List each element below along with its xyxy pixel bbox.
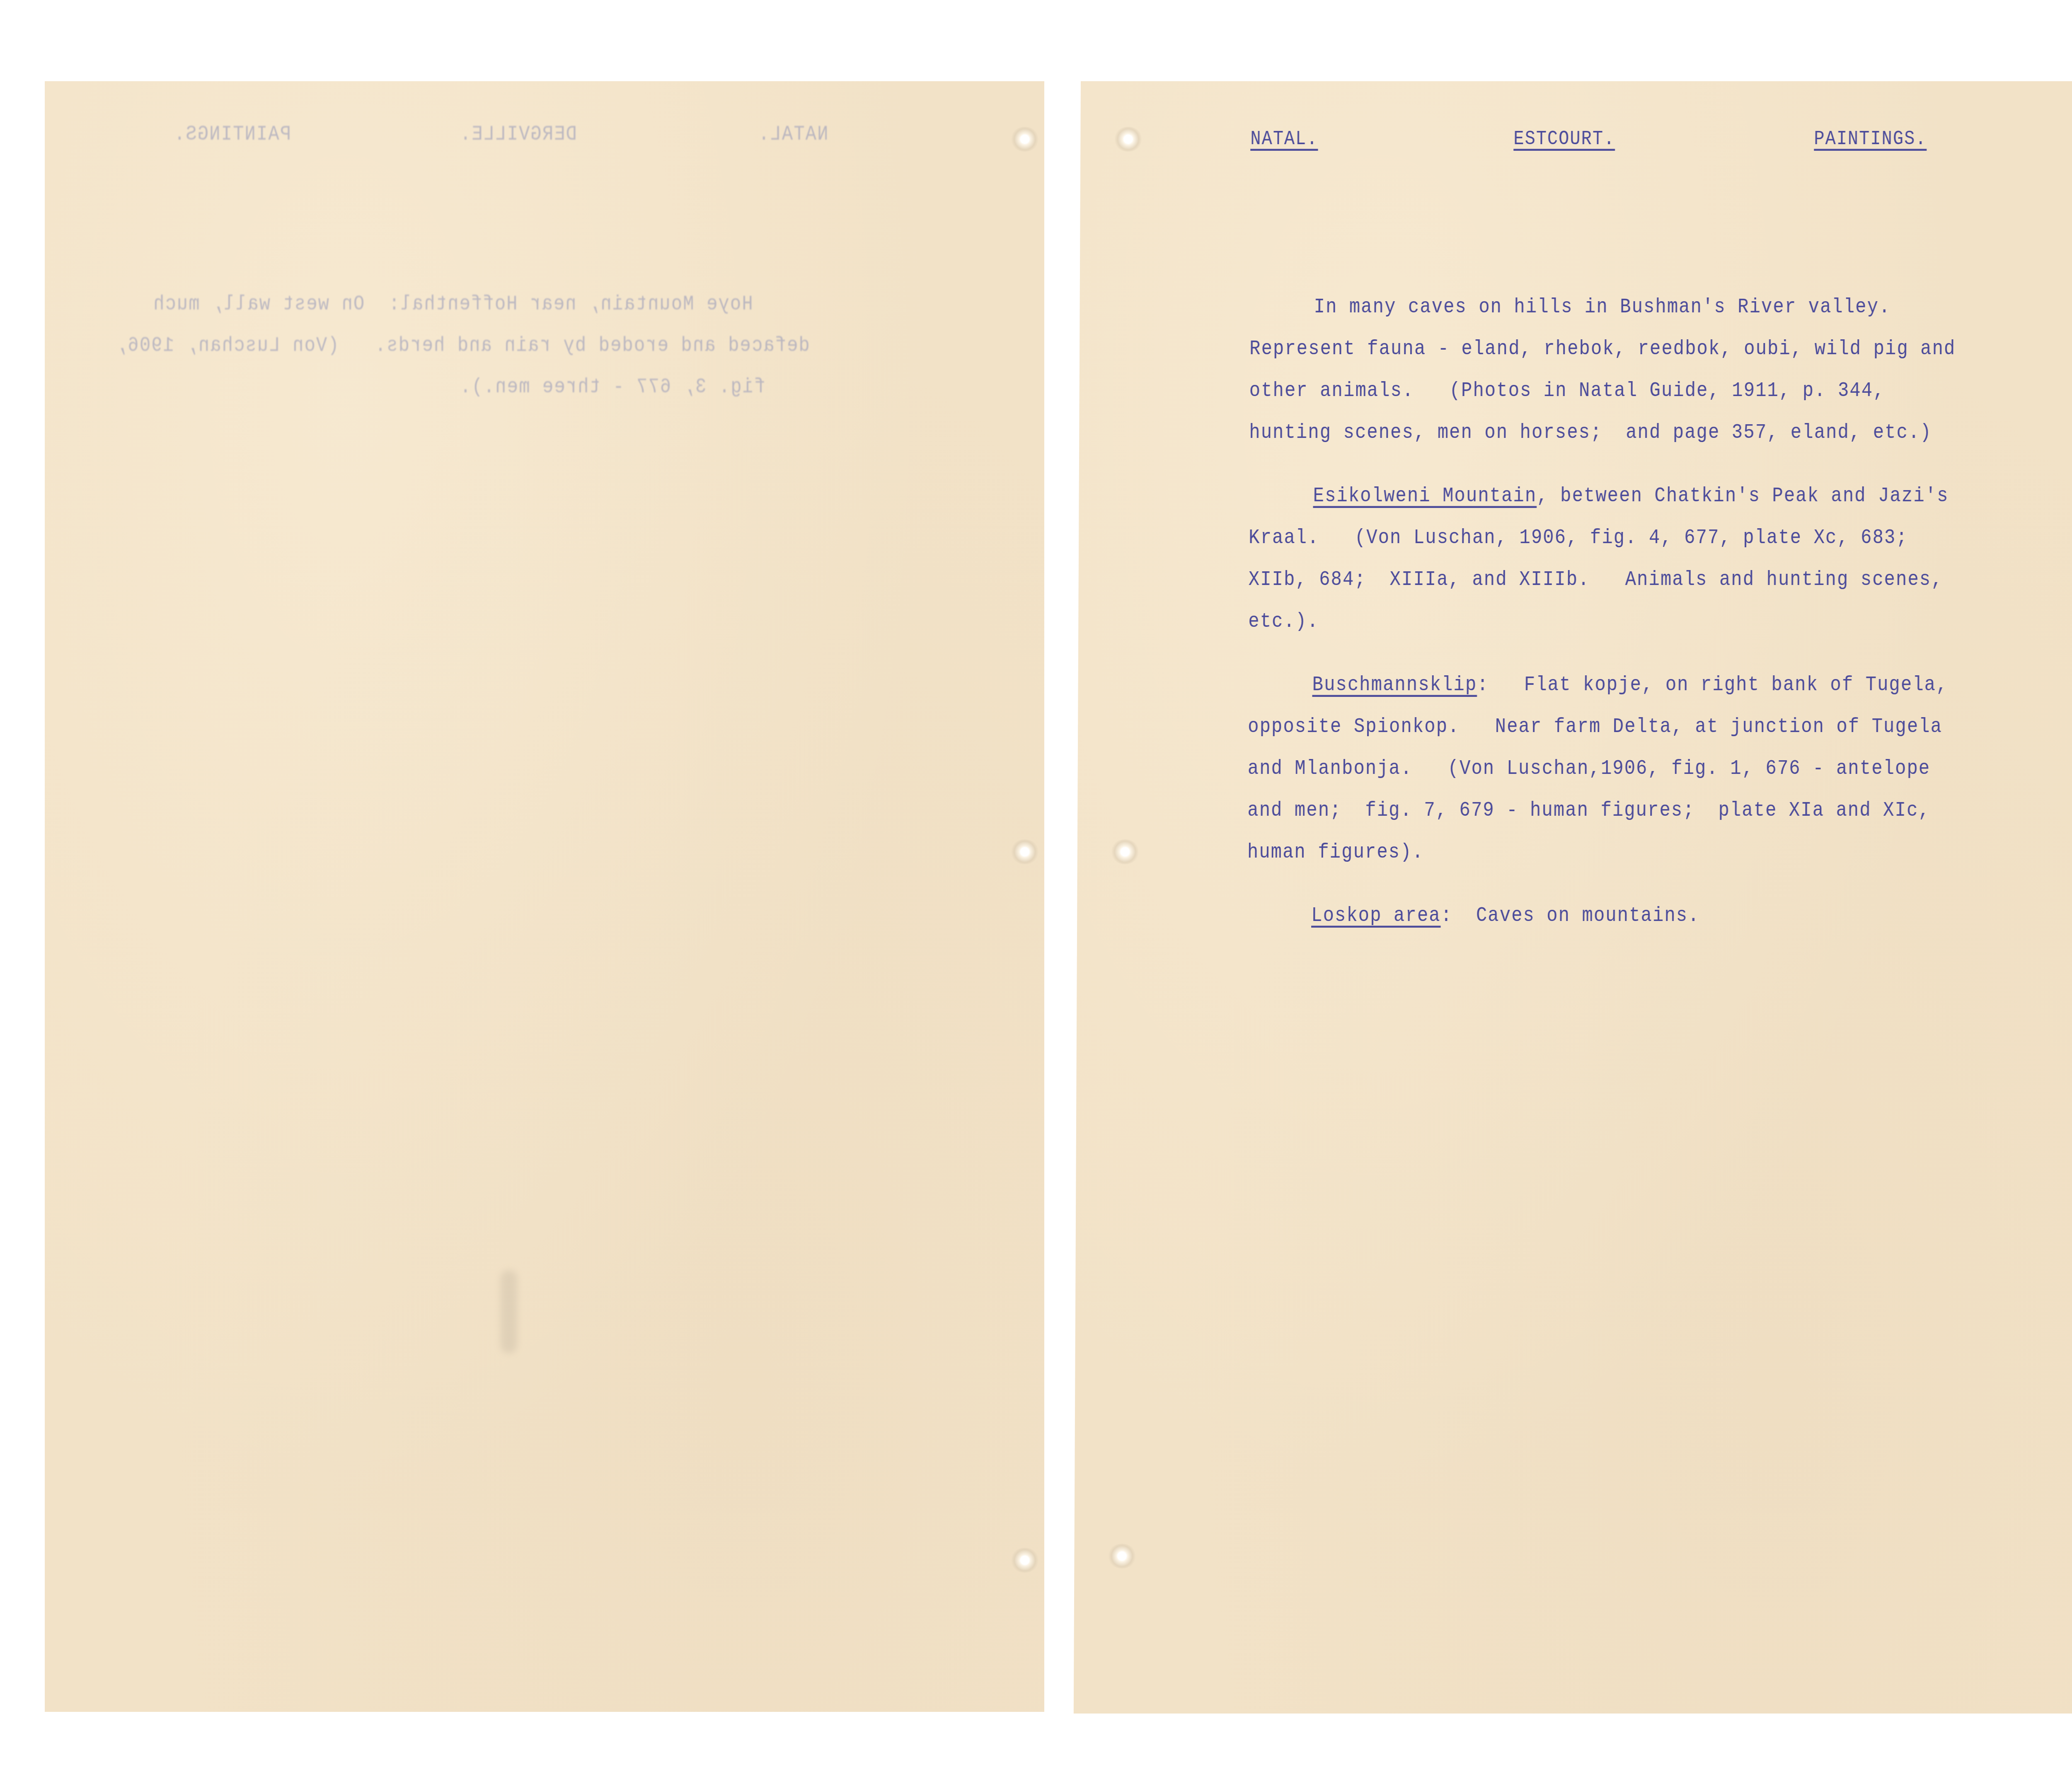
site-name: Buschmannsklip (1312, 673, 1477, 697)
text-line: human figures). (1247, 842, 1424, 863)
line-text: , between Chatkin's Peak and Jazi's (1537, 484, 1949, 508)
punch-hole (1010, 1548, 1039, 1573)
ghost-header-subject: PAINTINGS. (173, 123, 291, 147)
line-text: human figures). (1247, 841, 1424, 865)
punch-hole (1010, 127, 1039, 152)
text-line: Kraal. (Von Luschan, 1906, fig. 4, 677, … (1249, 527, 1908, 549)
ghost-body-line: Hoye Mountain, near Hoffenthal: On west … (152, 292, 753, 317)
text-line: etc.). (1248, 611, 1319, 632)
text-line: and Mlanbonja. (Von Luschan,1906, fig. 1… (1248, 758, 1931, 779)
site-name: Esikolweni Mountain (1313, 484, 1537, 508)
header-subject: PAINTINGS. (1814, 129, 1927, 149)
line-text: Represent fauna - eland, rhebok, reedbok… (1249, 337, 1956, 361)
text-line: and men; fig. 7, 679 - human figures; pl… (1247, 800, 1930, 821)
line-text: In many caves on hills in Bushman's Rive… (1314, 295, 1890, 319)
line-text: hunting scenes, men on horses; and page … (1249, 421, 1932, 445)
text-line: hunting scenes, men on horses; and page … (1249, 422, 1932, 443)
text-line: opposite Spionkop. Near farm Delta, at j… (1248, 716, 1942, 737)
site-name: Loskop area (1311, 904, 1441, 928)
line-text: XIIb, 684; XIIIa, and XIIIb. Animals and… (1249, 568, 1943, 592)
punch-hole (1010, 839, 1039, 864)
line-text: etc.). (1248, 610, 1319, 634)
punch-hole (1107, 1544, 1136, 1569)
ghost-body-line: defaced and eroded by rain and herds. (V… (115, 334, 810, 358)
text-line: In many caves on hills in Bushman's Rive… (1314, 297, 1891, 318)
line-text: other animals. (Photos in Natal Guide, 1… (1249, 379, 1885, 403)
ghost-body-line: fig. 3, 677 - three men.). (459, 375, 765, 399)
line-text: : Caves on mountains. (1441, 904, 1700, 928)
line-text: and Mlanbonja. (Von Luschan,1906, fig. 1… (1248, 757, 1931, 781)
paper-stain (501, 1270, 517, 1353)
text-line: Represent fauna - eland, rhebok, reedbok… (1249, 338, 1956, 360)
right-page: NATAL. ESTCOURT. PAINTINGS. In many cave… (1074, 81, 2072, 1714)
ghost-header-region: NATAL. (758, 123, 828, 147)
text-line: Loskop area: Caves on mountains. (1311, 905, 1700, 926)
text-line: other animals. (Photos in Natal Guide, 1… (1249, 380, 1885, 401)
left-page: NATAL. DERGVILLE. PAINTINGS. Hoye Mounta… (45, 81, 1044, 1712)
punch-hole (1113, 127, 1143, 152)
header-locality: ESTCOURT. (1513, 129, 1615, 149)
line-text: opposite Spionkop. Near farm Delta, at j… (1248, 715, 1942, 739)
line-text: : Flat kopje, on right bank of Tugela, (1477, 673, 1948, 697)
text-line: XIIb, 684; XIIIa, and XIIIb. Animals and… (1249, 569, 1943, 590)
ghost-header-locality: DERGVILLE. (459, 123, 577, 147)
header-region: NATAL. (1250, 129, 1318, 149)
line-text: Kraal. (Von Luschan, 1906, fig. 4, 677, … (1249, 526, 1908, 550)
punch-hole (1111, 839, 1140, 864)
text-line: Buschmannsklip: Flat kopje, on right ban… (1312, 674, 1948, 696)
line-text: and men; fig. 7, 679 - human figures; pl… (1247, 799, 1930, 823)
text-line: Esikolweni Mountain, between Chatkin's P… (1313, 486, 1949, 507)
